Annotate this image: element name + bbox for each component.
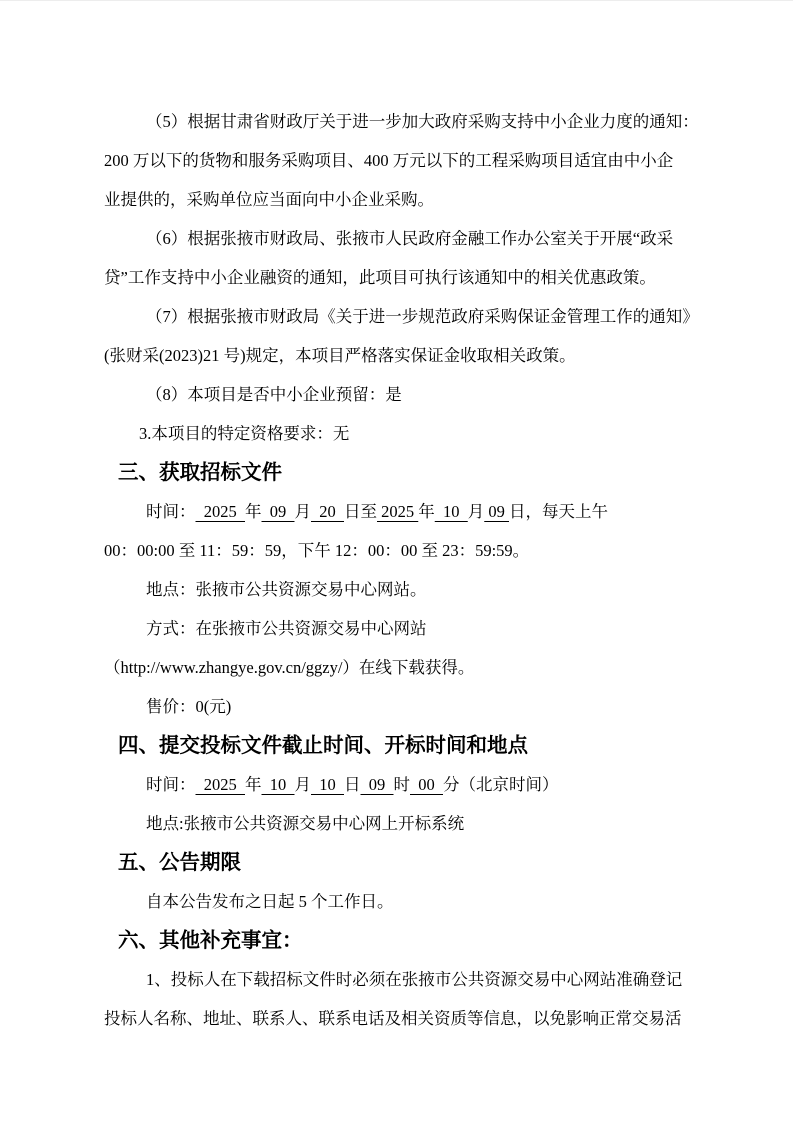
line-text: 年 bbox=[245, 502, 262, 521]
clause-7-line-1: （7）根据张掖市财政局《关于进一步规范政府采购保证金管理工作的通知》 bbox=[104, 297, 697, 336]
line-text: 月 bbox=[295, 502, 312, 521]
item-3-specific-qualification: 3.本项目的特定资格要求：无 bbox=[104, 414, 697, 453]
clause-8-sme-reserved: （8）本项目是否中小企业预留：是 bbox=[104, 375, 697, 414]
line-text: 年 bbox=[418, 502, 435, 521]
section-5-heading: 五、公告期限 bbox=[104, 843, 697, 882]
line-text: 日 bbox=[344, 775, 361, 794]
section-4-heading: 四、提交投标文件截止时间、开标时间和地点 bbox=[104, 726, 697, 765]
underlined-field-value: 00 bbox=[410, 775, 443, 794]
underlined-field-value: 09 bbox=[484, 502, 509, 521]
underlined-field-value: 2025 bbox=[196, 502, 246, 521]
note-1-line-2: 投标人名称、地址、联系人、联系电话及相关资质等信息，以免影响正常交易活 bbox=[104, 999, 697, 1038]
section-3-heading: 三、获取招标文件 bbox=[104, 453, 697, 492]
line-text: 分（北京时间） bbox=[443, 775, 559, 794]
section-3-method-line-2: （http://www.zhangye.gov.cn/ggzy/）在线下载获得。 bbox=[104, 648, 697, 687]
line-text: 时间： bbox=[146, 502, 196, 521]
underlined-field-value: 10 bbox=[311, 775, 344, 794]
section-3-location: 地点：张掖市公共资源交易中心网站。 bbox=[104, 570, 697, 609]
underlined-field-value: 20 bbox=[311, 502, 344, 521]
underlined-field-value: 09 bbox=[361, 775, 394, 794]
section-5-duration: 自本公告发布之日起 5 个工作日。 bbox=[104, 882, 697, 921]
line-text: 日，每天上午 bbox=[509, 502, 608, 521]
underlined-field-value: 2025 bbox=[377, 502, 418, 521]
section-4-location: 地点:张掖市公共资源交易中心网上开标系统 bbox=[104, 804, 697, 843]
clause-7-line-2: (张财采(2023)21 号)规定，本项目严格落实保证金收取相关政策。 bbox=[104, 336, 697, 375]
line-text: 时间： bbox=[146, 775, 196, 794]
line-text: 月 bbox=[468, 502, 485, 521]
section-3-time-line-2: 00：00:00 至 11：59：59，下午 12：00：00 至 23：59:… bbox=[104, 531, 697, 570]
section-3-time-line-1: 时间： 2025 年 09 月 20 日至 2025 年 10 月 09 日，每… bbox=[104, 492, 697, 531]
line-text: 时 bbox=[394, 775, 411, 794]
clause-5-line-1: （5）根据甘肃省财政厅关于进一步加大政府采购支持中小企业力度的通知： bbox=[104, 102, 697, 141]
line-text: 月 bbox=[295, 775, 312, 794]
underlined-field-value: 09 bbox=[262, 502, 295, 521]
clause-6-line-2: 贷”工作支持中小企业融资的通知，此项目可执行该通知中的相关优惠政策。 bbox=[104, 258, 697, 297]
underlined-field-value: 10 bbox=[262, 775, 295, 794]
note-1-line-1: 1、投标人在下载招标文件时必须在张掖市公共资源交易中心网站准确登记 bbox=[104, 960, 697, 999]
document-body: （5）根据甘肃省财政厅关于进一步加大政府采购支持中小企业力度的通知：200 万以… bbox=[104, 102, 697, 1038]
line-text: 日至 bbox=[344, 502, 377, 521]
clause-5-line-3: 业提供的，采购单位应当面向中小企业采购。 bbox=[104, 180, 697, 219]
section-4-time: 时间： 2025 年 10 月 10 日 09 时 00 分（北京时间） bbox=[104, 765, 697, 804]
underlined-field-value: 2025 bbox=[196, 775, 246, 794]
section-6-heading: 六、其他补充事宜： bbox=[104, 921, 697, 960]
section-3-method-line-1: 方式：在张掖市公共资源交易中心网站 bbox=[104, 609, 697, 648]
clause-5-line-2: 200 万以下的货物和服务采购项目、400 万元以下的工程采购项目适宜由中小企 bbox=[104, 141, 697, 180]
section-3-price: 售价：0(元) bbox=[104, 687, 697, 726]
clause-6-line-1: （6）根据张掖市财政局、张掖市人民政府金融工作办公室关于开展“政采 bbox=[104, 219, 697, 258]
underlined-field-value: 10 bbox=[435, 502, 468, 521]
line-text: 年 bbox=[245, 775, 262, 794]
document-page: （5）根据甘肃省财政厅关于进一步加大政府采购支持中小企业力度的通知：200 万以… bbox=[0, 0, 793, 1122]
